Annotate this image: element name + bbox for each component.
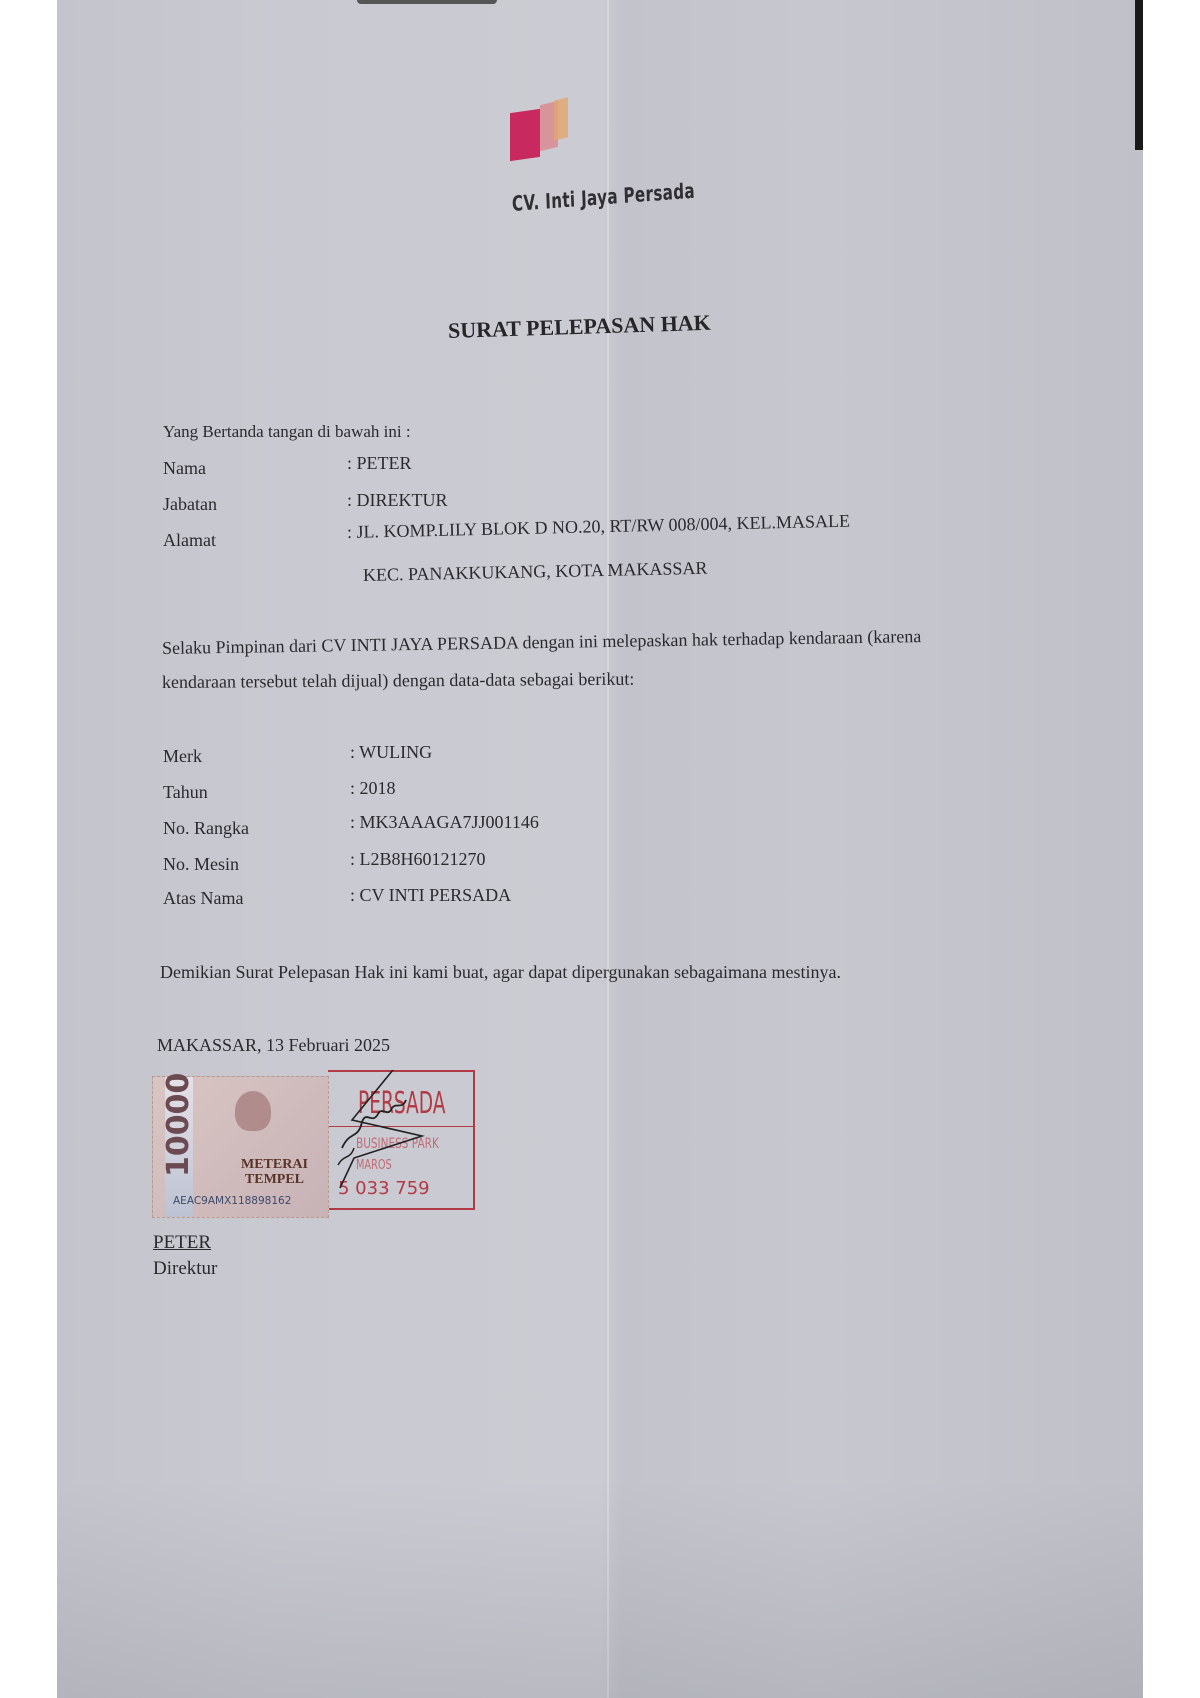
top-shadow — [357, 0, 497, 4]
meterai-value: 10000 — [161, 1073, 196, 1177]
stamp-signature-block: PERSADA BUSINESS PARK MAROS 5 033 759 10… — [152, 1070, 474, 1222]
vehicle-value-mesin: : L2B8H60121270 — [350, 849, 486, 870]
body-paragraph-line2: kendaraan tersebut telah dijual) dengan … — [162, 669, 634, 693]
vehicle-label-atas-nama: Atas Nama — [163, 888, 243, 909]
field-label-alamat: Alamat — [163, 530, 216, 551]
document-photo — [57, 0, 1143, 1698]
field-label-nama: Nama — [163, 458, 206, 479]
place-date: MAKASSAR, 13 Februari 2025 — [157, 1035, 390, 1056]
closing-text: Demikian Surat Pelepasan Hak ini kami bu… — [160, 962, 841, 983]
company-logo-icon — [502, 95, 572, 167]
signer-name: PETER — [153, 1232, 211, 1254]
signature-icon — [292, 1070, 512, 1200]
field-value-jabatan: : DIREKTUR — [347, 490, 448, 511]
intro-text: Yang Bertanda tangan di bawah ini : — [163, 422, 411, 442]
vehicle-label-merk: Merk — [163, 746, 202, 767]
paper-fold — [607, 0, 609, 1698]
vehicle-value-merk: : WULING — [350, 742, 432, 763]
vehicle-label-rangka: No. Rangka — [163, 818, 249, 839]
garuda-emblem-icon — [235, 1091, 271, 1131]
meterai-serial: AEAC9AMX118898162 — [173, 1195, 291, 1207]
vehicle-value-atas-nama: : CV INTI PERSADA — [350, 885, 511, 906]
vehicle-label-mesin: No. Mesin — [163, 854, 239, 875]
field-label-jabatan: Jabatan — [163, 494, 217, 515]
signer-title: Direktur — [153, 1258, 217, 1280]
photo-edge-shadow — [1135, 0, 1143, 150]
vehicle-value-tahun: : 2018 — [350, 778, 396, 799]
vehicle-value-rangka: : MK3AAAGA7JJ001146 — [350, 812, 539, 833]
field-value-nama: : PETER — [347, 453, 412, 474]
vehicle-label-tahun: Tahun — [163, 782, 208, 803]
